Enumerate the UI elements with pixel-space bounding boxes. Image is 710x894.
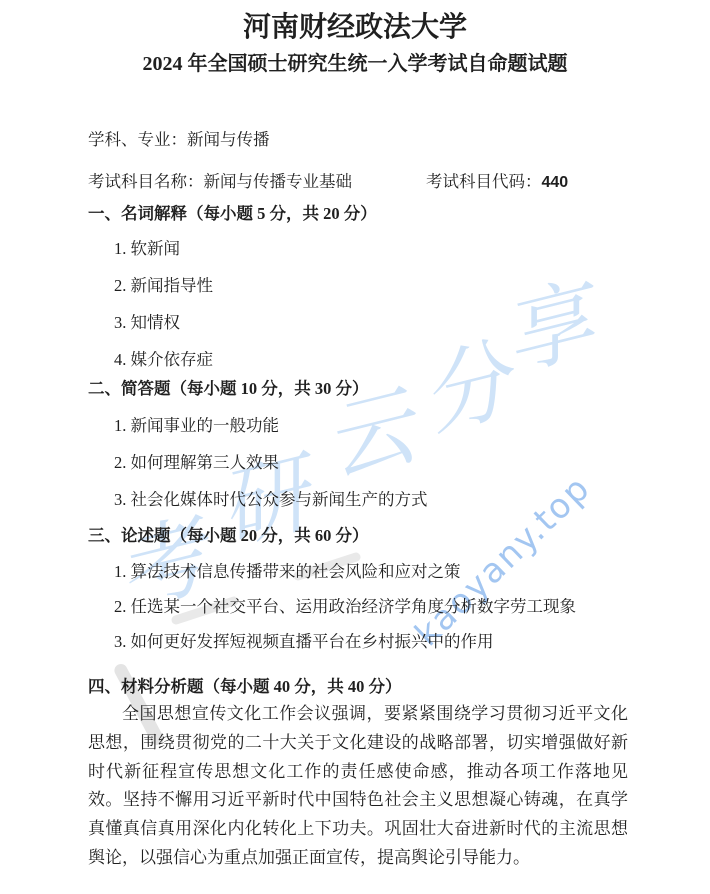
section-2-item-3: 3. 社会化媒体时代公众参与新闻生产的方式 xyxy=(114,490,428,510)
exam-title: 2024 年全国硕士研究生统一入学考试自命题试题 xyxy=(0,52,710,76)
section-1-item-1: 1. 软新闻 xyxy=(114,239,180,259)
major-label: 学科、专业： xyxy=(88,130,187,149)
course-code-label: 考试科目代码： xyxy=(426,172,542,191)
section-3-item-1: 1. 算法技术信息传播带来的社会风险和应对之策 xyxy=(114,562,461,582)
section-4-heading: 四、材料分析题（每小题 40 分，共 40 分） xyxy=(88,677,402,697)
page-title: 河南财经政法大学 xyxy=(0,11,710,45)
section-1-item-2: 2. 新闻指导性 xyxy=(114,276,213,296)
major-line: 学科、专业：新闻与传播 xyxy=(88,130,270,150)
section-3-heading: 三、论述题（每小题 20 分，共 60 分） xyxy=(88,526,369,546)
section-1-item-3: 3. 知情权 xyxy=(114,313,180,333)
section-2-item-1: 1. 新闻事业的一般功能 xyxy=(114,416,279,436)
course-name-value: 新闻与传播专业基础 xyxy=(204,172,353,191)
section-3-item-2: 2. 任选某一个社交平台、运用政治经济学角度分析数字劳工现象 xyxy=(114,597,576,617)
major-value: 新闻与传播 xyxy=(187,130,270,149)
section-2-item-2: 2. 如何理解第三人效果 xyxy=(114,453,279,473)
section-1-heading: 一、名词解释（每小题 5 分，共 20 分） xyxy=(88,204,377,224)
section-2-heading: 二、简答题（每小题 10 分，共 30 分） xyxy=(88,379,369,399)
course-line: 考试科目名称：新闻与传播专业基础考试科目代码：440 xyxy=(88,172,568,193)
section-1-item-4: 4. 媒介依存症 xyxy=(114,350,213,370)
course-name-label: 考试科目名称： xyxy=(88,172,204,191)
material-paragraph: 全国思想宣传文化工作会议强调，要紧紧围绕学习贯彻习近平文化思想，围绕贯彻党的二十… xyxy=(88,700,628,873)
course-code: 考试科目代码：440 xyxy=(426,172,568,193)
document-content: 河南财经政法大学 2024 年全国硕士研究生统一入学考试自命题试题 学科、专业：… xyxy=(0,0,710,894)
section-3-item-3: 3. 如何更好发挥短视频直播平台在乡村振兴中的作用 xyxy=(114,632,494,652)
course-code-value: 440 xyxy=(542,174,569,191)
exam-paper-page: 考 研 云 分 享 kaoyany.top 河南财经政法大学 2024 年全国硕… xyxy=(0,0,710,894)
